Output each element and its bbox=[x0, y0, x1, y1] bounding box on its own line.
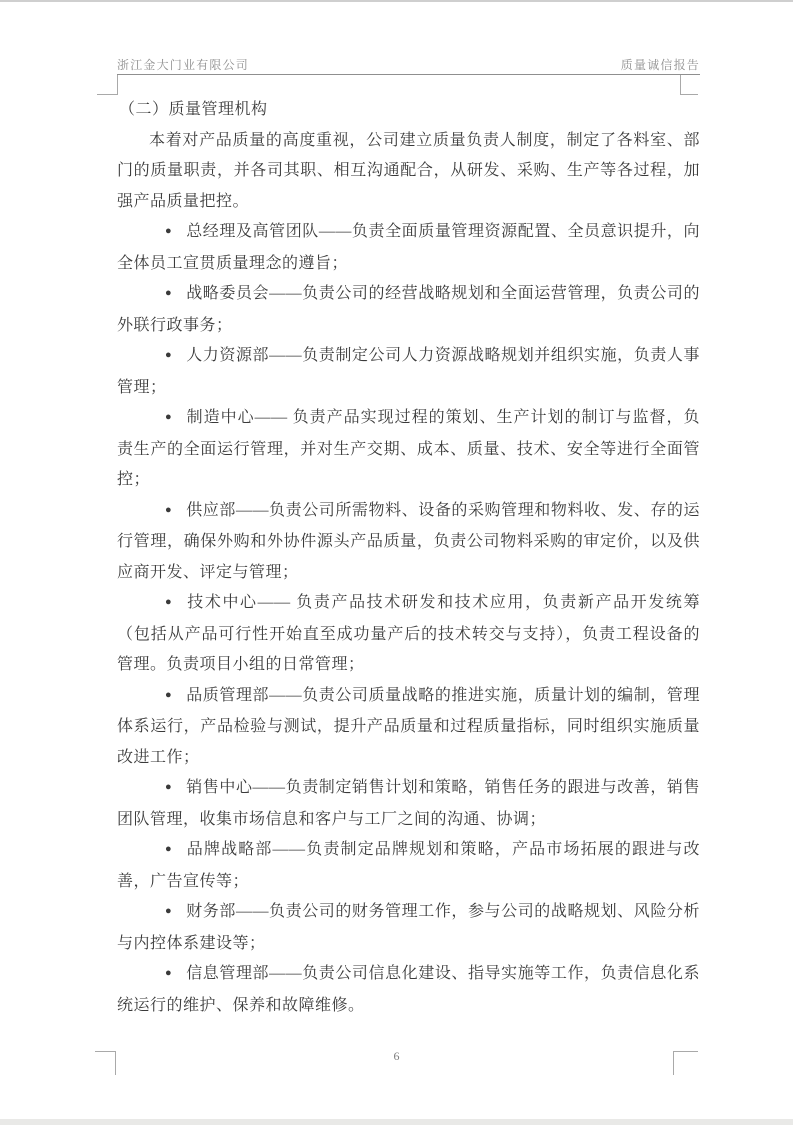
page-number: 6 bbox=[0, 1049, 793, 1064]
bullet-icon: ● bbox=[141, 772, 172, 803]
bullet-item: ●品质管理部——负责公司质量战略的推进实施，质量计划的编制，管理体系运行，产品检… bbox=[117, 681, 700, 774]
intro-paragraph: 本着对产品质量的高度重视，公司建立质量负责人制度，制定了各料室、部门的质量职责，… bbox=[117, 126, 700, 218]
page-bottom-edge bbox=[0, 1119, 793, 1125]
bullet-item: ●财务部——负责公司的财务管理工作，参与公司的战略规划、风险分析与内控体系建设等… bbox=[117, 897, 700, 959]
bullet-item: ●供应部——负责公司所需物料、设备的采购管理和物料收、发、存的运行管理，确保外购… bbox=[117, 496, 700, 589]
bullet-item: ●制造中心—— 负责产品实现过程的策划、生产计划的制订与监督，负责生产的全面运行… bbox=[117, 403, 700, 496]
bullet-item: ●人力资源部——负责制定公司人力资源战略规划并组织实施，负责人事管理； bbox=[117, 341, 700, 403]
bullet-icon: ● bbox=[141, 340, 172, 371]
bullet-text: 销售中心——负责制定销售计划和策略，销售任务的跟进与改善，销售团队管理，收集市场… bbox=[117, 779, 700, 828]
section-heading: （二）质量管理机构 bbox=[117, 95, 700, 126]
bullet-text: 技术中心—— 负责产品技术研发和技术应用，负责新产品开发统筹（包括从产品可行性开… bbox=[117, 594, 700, 673]
document-body: （二）质量管理机构 本着对产品质量的高度重视，公司建立质量负责人制度，制定了各料… bbox=[117, 95, 700, 1021]
header-report-title: 质量诚信报告 bbox=[621, 56, 700, 73]
bullet-text: 品牌战略部——负责制定品牌规划和策略，产品市场拓展的跟进与改善，广告宣传等； bbox=[117, 841, 700, 890]
bullet-item: ●战略委员会——负责公司的经营战略规划和全面运营管理，负责公司的外联行政事务； bbox=[117, 279, 700, 341]
bullet-text: 制造中心—— 负责产品实现过程的策划、生产计划的制订与监督，负责生产的全面运行管… bbox=[117, 409, 700, 488]
bullet-icon: ● bbox=[141, 834, 172, 865]
bullet-icon: ● bbox=[141, 958, 172, 989]
bullet-text: 人力资源部——负责制定公司人力资源战略规划并组织实施，负责人事管理； bbox=[117, 347, 700, 396]
bullet-item: ●技术中心—— 负责产品技术研发和技术应用，负责新产品开发统筹（包括从产品可行性… bbox=[117, 588, 700, 681]
bullet-text: 供应部——负责公司所需物料、设备的采购管理和物料收、发、存的运行管理，确保外购和… bbox=[117, 502, 700, 581]
bullet-icon: ● bbox=[141, 680, 172, 711]
bullet-icon: ● bbox=[141, 216, 172, 247]
bullet-text: 总经理及高管团队——负责全面质量管理资源配置、全员意识提升，向全体员工宣贯质量理… bbox=[117, 223, 700, 272]
header-company-name: 浙江金大门业有限公司 bbox=[117, 56, 249, 73]
text-boundary-mark-top-right bbox=[680, 75, 698, 95]
bullet-text: 信息管理部——负责公司信息化建设、指导实施等工作，负责信息化系统运行的维护、保养… bbox=[117, 965, 700, 1014]
bullet-item: ●总经理及高管团队——负责全面质量管理资源配置、全员意识提升，向全体员工宣贯质量… bbox=[117, 217, 700, 279]
header-rule bbox=[117, 74, 700, 75]
bullet-icon: ● bbox=[141, 896, 172, 927]
bullet-text: 品质管理部——负责公司质量战略的推进实施，质量计划的编制，管理体系运行，产品检验… bbox=[117, 687, 700, 766]
bullet-item: ●品牌战略部——负责制定品牌规划和策略，产品市场拓展的跟进与改善，广告宣传等； bbox=[117, 835, 700, 897]
bullet-icon: ● bbox=[141, 402, 172, 433]
bullet-text: 战略委员会——负责公司的经营战略规划和全面运营管理，负责公司的外联行政事务； bbox=[117, 285, 700, 334]
document-page: { "header": { "company": "浙江金大门业有限公司", "… bbox=[0, 0, 793, 1125]
bullet-text: 财务部——负责公司的财务管理工作，参与公司的战略规划、风险分析与内控体系建设等； bbox=[117, 903, 700, 952]
bullet-icon: ● bbox=[141, 278, 172, 309]
bullet-icon: ● bbox=[141, 587, 172, 618]
bullet-item: ●信息管理部——负责公司信息化建设、指导实施等工作，负责信息化系统运行的维护、保… bbox=[117, 959, 700, 1021]
bullet-item: ●销售中心——负责制定销售计划和策略，销售任务的跟进与改善，销售团队管理，收集市… bbox=[117, 773, 700, 835]
text-boundary-mark-top-left bbox=[97, 75, 118, 95]
bullet-icon: ● bbox=[141, 495, 172, 526]
page-top-edge bbox=[0, 0, 793, 2]
